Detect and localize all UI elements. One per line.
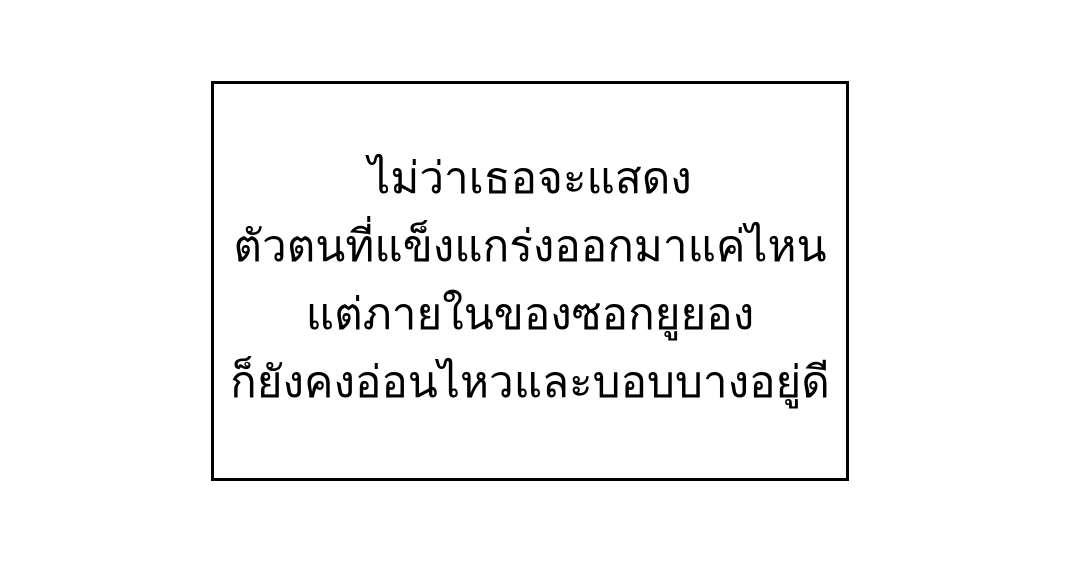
caption-line-2: ตัวตนที่แข็งแกร่งออกมาแค่ไหน	[233, 213, 826, 281]
caption-line-4: ก็ยังคงอ่อนไหวและบอบบางอยู่ดี	[230, 349, 830, 417]
caption-box: ไม่ว่าเธอจะแสดง ตัวตนที่แข็งแกร่งออกมาแค…	[211, 81, 849, 481]
caption-line-1: ไม่ว่าเธอจะแสดง	[368, 145, 692, 213]
page-background: ไม่ว่าเธอจะแสดง ตัวตนที่แข็งแกร่งออกมาแค…	[0, 0, 1080, 561]
caption-line-3: แต่ภายในของซอกยูยอง	[306, 281, 754, 349]
